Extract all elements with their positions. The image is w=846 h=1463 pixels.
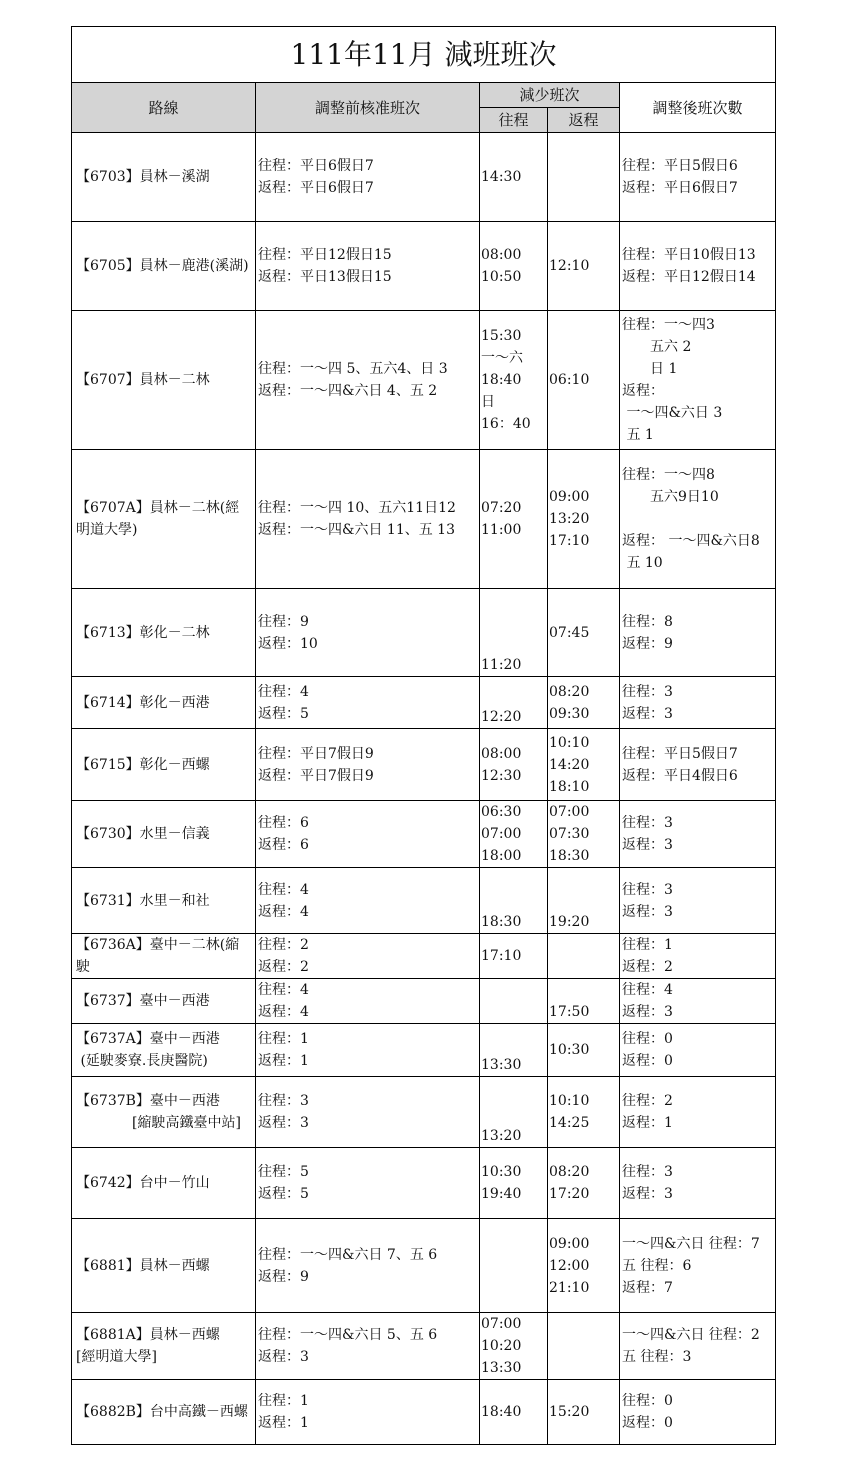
header-inbound: 返程: [548, 108, 620, 133]
inbound-time-cell: 07:45: [548, 589, 620, 677]
after-cell: 往程：3 返程：3: [620, 801, 776, 868]
outbound-time-cell: 12:20: [480, 677, 548, 729]
after-cell: 一～四&六日 往程：7 五 往程：6 返程：7: [620, 1219, 776, 1313]
before-cell: 往程：平日12假日15 返程：平日13假日15: [256, 222, 480, 311]
route-cell: 【6737A】臺中－西港 (延駛麥寮.長庚醫院): [72, 1024, 256, 1077]
before-cell: 往程：6 返程：6: [256, 801, 480, 868]
inbound-time-cell: [548, 133, 620, 222]
outbound-time-cell: 18:30: [480, 868, 548, 934]
reduced-schedule-table: 111年11月 減班班次 路線 調整前核准班次 減少班次 調整後班次數 往程 返…: [71, 26, 776, 1445]
before-cell: 往程：平日7假日9 返程：平日7假日9: [256, 729, 480, 801]
outbound-time-cell: 11:20: [480, 589, 548, 677]
header-reduced: 減少班次: [480, 83, 620, 108]
after-cell: 往程：平日5假日7 返程：平日4假日6: [620, 729, 776, 801]
inbound-time-cell: 10:10 14:20 18:10: [548, 729, 620, 801]
after-cell: 往程：一～四3 五六 2 日 1 返程： 一～四&六日 3 五 1: [620, 311, 776, 450]
after-cell: 往程：3 返程：3: [620, 1148, 776, 1219]
table-row: 【6881】員林－西螺往程：一～四&六日 7、五 6 返程：909:00 12:…: [72, 1219, 776, 1313]
route-cell: 【6737】臺中－西港: [72, 979, 256, 1024]
header-outbound: 往程: [480, 108, 548, 133]
route-cell: 【6730】水里－信義: [72, 801, 256, 868]
route-cell: 【6715】彰化－西螺: [72, 729, 256, 801]
table-row: 【6730】水里－信義往程：6 返程：606:30 07:00 18:0007:…: [72, 801, 776, 868]
inbound-time-cell: 09:00 13:20 17:10: [548, 450, 620, 589]
inbound-time-cell: 07:00 07:30 18:30: [548, 801, 620, 868]
table-row: 【6742】台中－竹山往程：5 返程：510:30 19:4008:20 17:…: [72, 1148, 776, 1219]
outbound-time-cell: [480, 1219, 548, 1313]
after-cell: 往程：2 返程：1: [620, 1077, 776, 1148]
route-cell: 【6742】台中－竹山: [72, 1148, 256, 1219]
inbound-time-cell: 08:20 17:20: [548, 1148, 620, 1219]
before-cell: 往程：平日6假日7 返程：平日6假日7: [256, 133, 480, 222]
table-row: 【6715】彰化－西螺往程：平日7假日9 返程：平日7假日908:00 12:3…: [72, 729, 776, 801]
table-row: 【6714】彰化－西港往程：4 返程：512:2008:20 09:30往程：3…: [72, 677, 776, 729]
table-row: 【6736A】臺中－二林(縮駛往程：2 返程：217:10往程：1 返程：2: [72, 934, 776, 979]
table-row: 【6737A】臺中－西港 (延駛麥寮.長庚醫院)往程：1 返程：113:3010…: [72, 1024, 776, 1077]
schedule-sheet: 111年11月 減班班次 路線 調整前核准班次 減少班次 調整後班次數 往程 返…: [71, 26, 775, 1445]
table-row: 【6705】員林－鹿港(溪湖)往程：平日12假日15 返程：平日13假日1508…: [72, 222, 776, 311]
route-cell: 【6736A】臺中－二林(縮駛: [72, 934, 256, 979]
inbound-time-cell: [548, 934, 620, 979]
after-cell: 往程：3 返程：3: [620, 677, 776, 729]
before-cell: 往程：1 返程：1: [256, 1024, 480, 1077]
route-cell: 【6707】員林－二林: [72, 311, 256, 450]
route-cell: 【6713】彰化－二林: [72, 589, 256, 677]
before-cell: 往程：3 返程：3: [256, 1077, 480, 1148]
before-cell: 往程：一～四&六日 5、五 6 返程：3: [256, 1313, 480, 1380]
after-cell: 往程：1 返程：2: [620, 934, 776, 979]
inbound-time-cell: 17:50: [548, 979, 620, 1024]
table-row: 【6881A】員林－西螺 [經明道大學]往程：一～四&六日 5、五 6 返程：3…: [72, 1313, 776, 1380]
outbound-time-cell: [480, 979, 548, 1024]
inbound-time-cell: 10:30: [548, 1024, 620, 1077]
inbound-time-cell: [548, 1313, 620, 1380]
after-cell: 往程：3 返程：3: [620, 868, 776, 934]
route-cell: 【6731】水里－和社: [72, 868, 256, 934]
table-row: 【6703】員林－溪湖往程：平日6假日7 返程：平日6假日714:30往程：平日…: [72, 133, 776, 222]
inbound-time-cell: 10:10 14:25: [548, 1077, 620, 1148]
outbound-time-cell: 18:40: [480, 1380, 548, 1445]
outbound-time-cell: 13:20: [480, 1077, 548, 1148]
route-cell: 【6705】員林－鹿港(溪湖): [72, 222, 256, 311]
route-cell: 【6881A】員林－西螺 [經明道大學]: [72, 1313, 256, 1380]
route-cell: 【6707A】員林－二林(經明道大學): [72, 450, 256, 589]
table-row: 【6713】彰化－二林往程：9 返程：1011:2007:45往程：8 返程：9: [72, 589, 776, 677]
route-cell: 【6882B】台中高鐵－西螺: [72, 1380, 256, 1445]
inbound-time-cell: 08:20 09:30: [548, 677, 620, 729]
before-cell: 往程：一～四&六日 7、五 6 返程：9: [256, 1219, 480, 1313]
outbound-time-cell: 08:00 10:50: [480, 222, 548, 311]
route-cell: 【6703】員林－溪湖: [72, 133, 256, 222]
outbound-time-cell: 15:30 一～六 18:40 日 16：40: [480, 311, 548, 450]
before-cell: 往程：4 返程：5: [256, 677, 480, 729]
route-cell: 【6737B】臺中－西港 [縮駛高鐵臺中站]: [72, 1077, 256, 1148]
before-cell: 往程：9 返程：10: [256, 589, 480, 677]
after-cell: 往程：平日10假日13 返程：平日12假日14: [620, 222, 776, 311]
outbound-time-cell: 10:30 19:40: [480, 1148, 548, 1219]
after-cell: 一～四&六日 往程：2 五 往程：3: [620, 1313, 776, 1380]
header-after: 調整後班次數: [620, 83, 776, 133]
after-cell: 往程：8 返程：9: [620, 589, 776, 677]
route-cell: 【6714】彰化－西港: [72, 677, 256, 729]
before-cell: 往程：4 返程：4: [256, 979, 480, 1024]
table-body: 【6703】員林－溪湖往程：平日6假日7 返程：平日6假日714:30往程：平日…: [72, 133, 776, 1445]
outbound-time-cell: 13:30: [480, 1024, 548, 1077]
table-row: 【6731】水里－和社往程：4 返程：418:3019:20往程：3 返程：3: [72, 868, 776, 934]
outbound-time-cell: 06:30 07:00 18:00: [480, 801, 548, 868]
table-row: 【6882B】台中高鐵－西螺往程：1 返程：118:4015:20往程：0 返程…: [72, 1380, 776, 1445]
before-cell: 往程：5 返程：5: [256, 1148, 480, 1219]
outbound-time-cell: 14:30: [480, 133, 548, 222]
before-cell: 往程：一～四 10、五六11日12 返程：一～四&六日 11、五 13: [256, 450, 480, 589]
inbound-time-cell: 19:20: [548, 868, 620, 934]
outbound-time-cell: 08:00 12:30: [480, 729, 548, 801]
table-row: 【6707A】員林－二林(經明道大學)往程：一～四 10、五六11日12 返程：…: [72, 450, 776, 589]
table-row: 【6707】員林－二林往程：一～四 5、五六4、日 3 返程：一～四&六日 4、…: [72, 311, 776, 450]
after-cell: 往程：4 返程：3: [620, 979, 776, 1024]
after-cell: 往程：0 返程：0: [620, 1380, 776, 1445]
before-cell: 往程：4 返程：4: [256, 868, 480, 934]
header-route: 路線: [72, 83, 256, 133]
route-cell: 【6881】員林－西螺: [72, 1219, 256, 1313]
page-title: 111年11月 減班班次: [72, 27, 776, 83]
outbound-time-cell: 07:00 10:20 13:30: [480, 1313, 548, 1380]
outbound-time-cell: 07:20 11:00: [480, 450, 548, 589]
header-before: 調整前核准班次: [256, 83, 480, 133]
after-cell: 往程：0 返程：0: [620, 1024, 776, 1077]
before-cell: 往程：一～四 5、五六4、日 3 返程：一～四&六日 4、五 2: [256, 311, 480, 450]
table-row: 【6737】臺中－西港往程：4 返程：417:50往程：4 返程：3: [72, 979, 776, 1024]
after-cell: 往程：平日5假日6 返程：平日6假日7: [620, 133, 776, 222]
table-row: 【6737B】臺中－西港 [縮駛高鐵臺中站]往程：3 返程：313:2010:1…: [72, 1077, 776, 1148]
inbound-time-cell: 06:10: [548, 311, 620, 450]
before-cell: 往程：1 返程：1: [256, 1380, 480, 1445]
after-cell: 往程：一～四8 五六9日10 返程： 一～四&六日8 五 10: [620, 450, 776, 589]
inbound-time-cell: 15:20: [548, 1380, 620, 1445]
outbound-time-cell: 17:10: [480, 934, 548, 979]
inbound-time-cell: 12:10: [548, 222, 620, 311]
before-cell: 往程：2 返程：2: [256, 934, 480, 979]
inbound-time-cell: 09:00 12:00 21:10: [548, 1219, 620, 1313]
